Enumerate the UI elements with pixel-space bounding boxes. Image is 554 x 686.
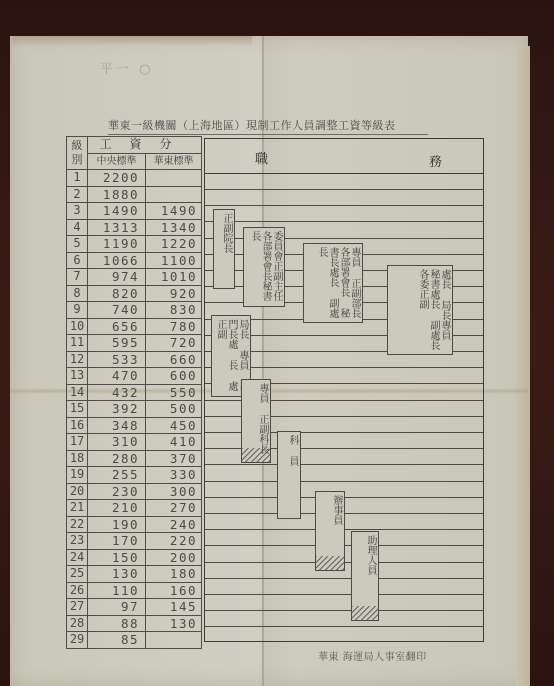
grade-cell: 29 bbox=[67, 632, 88, 649]
east-standard-cell: 500 bbox=[146, 401, 202, 418]
block-bureau-head: 專員 正副部長 各部署會長 秘書長處長 副處長 bbox=[303, 243, 363, 323]
block-committee-chair: 委員會正副主任 各部署會長秘書長 bbox=[243, 227, 285, 307]
grade-cell: 6 bbox=[67, 252, 88, 269]
pencil-note: 平一 ○ bbox=[100, 58, 153, 77]
table-row: 2985 bbox=[67, 632, 202, 649]
document-title: 華東一級機關（上海地區）現制工作人員調整工資等級表 bbox=[108, 117, 428, 135]
block-vice-president: 正副院長 bbox=[213, 209, 235, 289]
header-central-standard: 中央標準 bbox=[88, 153, 146, 170]
central-standard-cell: 533 bbox=[88, 351, 146, 368]
east-standard-cell: 370 bbox=[146, 450, 202, 467]
grade-cell: 17 bbox=[67, 434, 88, 451]
central-standard-cell: 1880 bbox=[88, 186, 146, 203]
grade-cell: 12 bbox=[67, 351, 88, 368]
central-standard-cell: 190 bbox=[88, 516, 146, 533]
table-row: 13470600 bbox=[67, 368, 202, 385]
table-row: 79741010 bbox=[67, 269, 202, 286]
table-row: 9740830 bbox=[67, 302, 202, 319]
grade-cell: 24 bbox=[67, 549, 88, 566]
paper-edge bbox=[516, 46, 530, 686]
east-standard-cell: 200 bbox=[146, 549, 202, 566]
table-row: 15392500 bbox=[67, 401, 202, 418]
central-standard-cell: 130 bbox=[88, 566, 146, 583]
position-header: 職 務 bbox=[205, 139, 483, 174]
table-row: 23170220 bbox=[67, 533, 202, 550]
east-standard-cell: 550 bbox=[146, 384, 202, 401]
central-standard-cell: 230 bbox=[88, 483, 146, 500]
table-row: 26110160 bbox=[67, 582, 202, 599]
block-assistant: 助理人員 bbox=[351, 531, 379, 621]
central-standard-cell: 1313 bbox=[88, 219, 146, 236]
grade-cell: 9 bbox=[67, 302, 88, 319]
ruling-line bbox=[205, 481, 483, 482]
east-standard-cell: 660 bbox=[146, 351, 202, 368]
block-section-staff: 科 員 bbox=[277, 431, 301, 519]
table-row: 21880 bbox=[67, 186, 202, 203]
table-row: 2797145 bbox=[67, 599, 202, 616]
central-standard-cell: 740 bbox=[88, 302, 146, 319]
block-section-chief-upper: 處長 局長專員 秘書處長 副處長 各委正副 bbox=[387, 265, 453, 355]
table-row: 413131340 bbox=[67, 219, 202, 236]
central-standard-cell: 1066 bbox=[88, 252, 146, 269]
printer-footer: 華東 海運局人事室翻印 bbox=[318, 648, 427, 663]
east-standard-cell: 160 bbox=[146, 582, 202, 599]
table-row: 610661100 bbox=[67, 252, 202, 269]
east-standard-cell: 600 bbox=[146, 368, 202, 385]
table-row: 20230300 bbox=[67, 483, 202, 500]
central-standard-cell: 656 bbox=[88, 318, 146, 335]
table-row: 11595720 bbox=[67, 335, 202, 352]
central-standard-cell: 150 bbox=[88, 549, 146, 566]
table-row: 14432550 bbox=[67, 384, 202, 401]
hatch-mark bbox=[242, 448, 270, 462]
block-clerk: 辦事員 bbox=[315, 491, 345, 571]
central-standard-cell: 595 bbox=[88, 335, 146, 352]
grade-cell: 26 bbox=[67, 582, 88, 599]
grade-cell: 25 bbox=[67, 566, 88, 583]
header-position-left: 職 bbox=[255, 148, 268, 167]
ruling-line bbox=[205, 221, 483, 222]
east-standard-cell: 1220 bbox=[146, 236, 202, 253]
grade-cell: 11 bbox=[67, 335, 88, 352]
central-standard-cell: 820 bbox=[88, 285, 146, 302]
grade-cell: 1 bbox=[67, 170, 88, 187]
east-standard-cell bbox=[146, 186, 202, 203]
header-east-china-standard: 華東標準 bbox=[146, 153, 202, 170]
central-standard-cell: 97 bbox=[88, 599, 146, 616]
central-standard-cell: 974 bbox=[88, 269, 146, 286]
east-standard-cell: 1010 bbox=[146, 269, 202, 286]
central-standard-cell: 170 bbox=[88, 533, 146, 550]
grade-cell: 4 bbox=[67, 219, 88, 236]
central-standard-cell: 280 bbox=[88, 450, 146, 467]
east-standard-cell bbox=[146, 170, 202, 187]
east-standard-cell: 830 bbox=[146, 302, 202, 319]
ruling-line bbox=[205, 594, 483, 595]
central-standard-cell: 1190 bbox=[88, 236, 146, 253]
central-standard-cell: 1490 bbox=[88, 203, 146, 220]
table-row: 16348450 bbox=[67, 417, 202, 434]
table-row: 12200 bbox=[67, 170, 202, 187]
central-standard-cell: 432 bbox=[88, 384, 146, 401]
table-row: 12533660 bbox=[67, 351, 202, 368]
central-standard-cell: 255 bbox=[88, 467, 146, 484]
east-standard-cell: 330 bbox=[146, 467, 202, 484]
grade-cell: 23 bbox=[67, 533, 88, 550]
grade-cell: 18 bbox=[67, 450, 88, 467]
grade-cell: 13 bbox=[67, 368, 88, 385]
ruling-line bbox=[205, 205, 483, 206]
central-standard-cell: 348 bbox=[88, 417, 146, 434]
east-standard-cell bbox=[146, 632, 202, 649]
central-standard-cell: 470 bbox=[88, 368, 146, 385]
grade-cell: 15 bbox=[67, 401, 88, 418]
table-row: 2888130 bbox=[67, 615, 202, 632]
grade-cell: 14 bbox=[67, 384, 88, 401]
hatch-mark bbox=[316, 556, 344, 570]
paper-stain bbox=[12, 36, 252, 46]
grade-cell: 27 bbox=[67, 599, 88, 616]
central-standard-cell: 85 bbox=[88, 632, 146, 649]
east-standard-cell: 720 bbox=[146, 335, 202, 352]
ruling-line bbox=[205, 189, 483, 190]
header-position-right: 務 bbox=[429, 151, 442, 170]
grade-cell: 5 bbox=[67, 236, 88, 253]
east-standard-cell: 410 bbox=[146, 434, 202, 451]
east-standard-cell: 920 bbox=[146, 285, 202, 302]
header-wage-points: 工資分 bbox=[88, 137, 202, 154]
table-row: 10656780 bbox=[67, 318, 202, 335]
wage-grade-table: 級別 工資分 中央標準 華東標準 12200218803149014904131… bbox=[66, 136, 202, 649]
east-standard-cell: 780 bbox=[146, 318, 202, 335]
grade-cell: 16 bbox=[67, 417, 88, 434]
grade-cell: 2 bbox=[67, 186, 88, 203]
east-standard-cell: 145 bbox=[146, 599, 202, 616]
east-standard-cell: 1490 bbox=[146, 203, 202, 220]
table-row: 18280370 bbox=[67, 450, 202, 467]
grade-cell: 3 bbox=[67, 203, 88, 220]
grade-cell: 22 bbox=[67, 516, 88, 533]
grade-cell: 21 bbox=[67, 500, 88, 517]
central-standard-cell: 392 bbox=[88, 401, 146, 418]
central-standard-cell: 110 bbox=[88, 582, 146, 599]
east-standard-cell: 300 bbox=[146, 483, 202, 500]
table-row: 314901490 bbox=[67, 203, 202, 220]
table-row: 24150200 bbox=[67, 549, 202, 566]
east-standard-cell: 220 bbox=[146, 533, 202, 550]
grade-cell: 20 bbox=[67, 483, 88, 500]
east-standard-cell: 270 bbox=[146, 500, 202, 517]
block-section-chief: 專員 正副科長 bbox=[241, 379, 271, 463]
east-standard-cell: 1100 bbox=[146, 252, 202, 269]
central-standard-cell: 310 bbox=[88, 434, 146, 451]
table-row: 511901220 bbox=[67, 236, 202, 253]
ruling-line bbox=[205, 610, 483, 611]
grade-cell: 10 bbox=[67, 318, 88, 335]
table-row: 22190240 bbox=[67, 516, 202, 533]
east-standard-cell: 450 bbox=[146, 417, 202, 434]
east-standard-cell: 130 bbox=[146, 615, 202, 632]
ruling-line bbox=[205, 464, 483, 465]
central-standard-cell: 2200 bbox=[88, 170, 146, 187]
table-row: 8820920 bbox=[67, 285, 202, 302]
east-standard-cell: 1340 bbox=[146, 219, 202, 236]
ruling-line bbox=[205, 626, 483, 627]
ruling-line bbox=[205, 578, 483, 579]
grade-cell: 7 bbox=[67, 269, 88, 286]
table-row: 21210270 bbox=[67, 500, 202, 517]
grade-cell: 8 bbox=[67, 285, 88, 302]
table-row: 25130180 bbox=[67, 566, 202, 583]
central-standard-cell: 210 bbox=[88, 500, 146, 517]
position-grid: 職 務 正副院長 委員會正副主任 各部署會長秘書長 專員 正副部長 各部署會長 … bbox=[204, 138, 484, 642]
grade-cell: 28 bbox=[67, 615, 88, 632]
east-standard-cell: 240 bbox=[146, 516, 202, 533]
central-standard-cell: 88 bbox=[88, 615, 146, 632]
table-row: 17310410 bbox=[67, 434, 202, 451]
table-row: 19255330 bbox=[67, 467, 202, 484]
hatch-mark bbox=[352, 606, 378, 620]
grade-cell: 19 bbox=[67, 467, 88, 484]
header-grade: 級別 bbox=[67, 137, 88, 170]
east-standard-cell: 180 bbox=[146, 566, 202, 583]
